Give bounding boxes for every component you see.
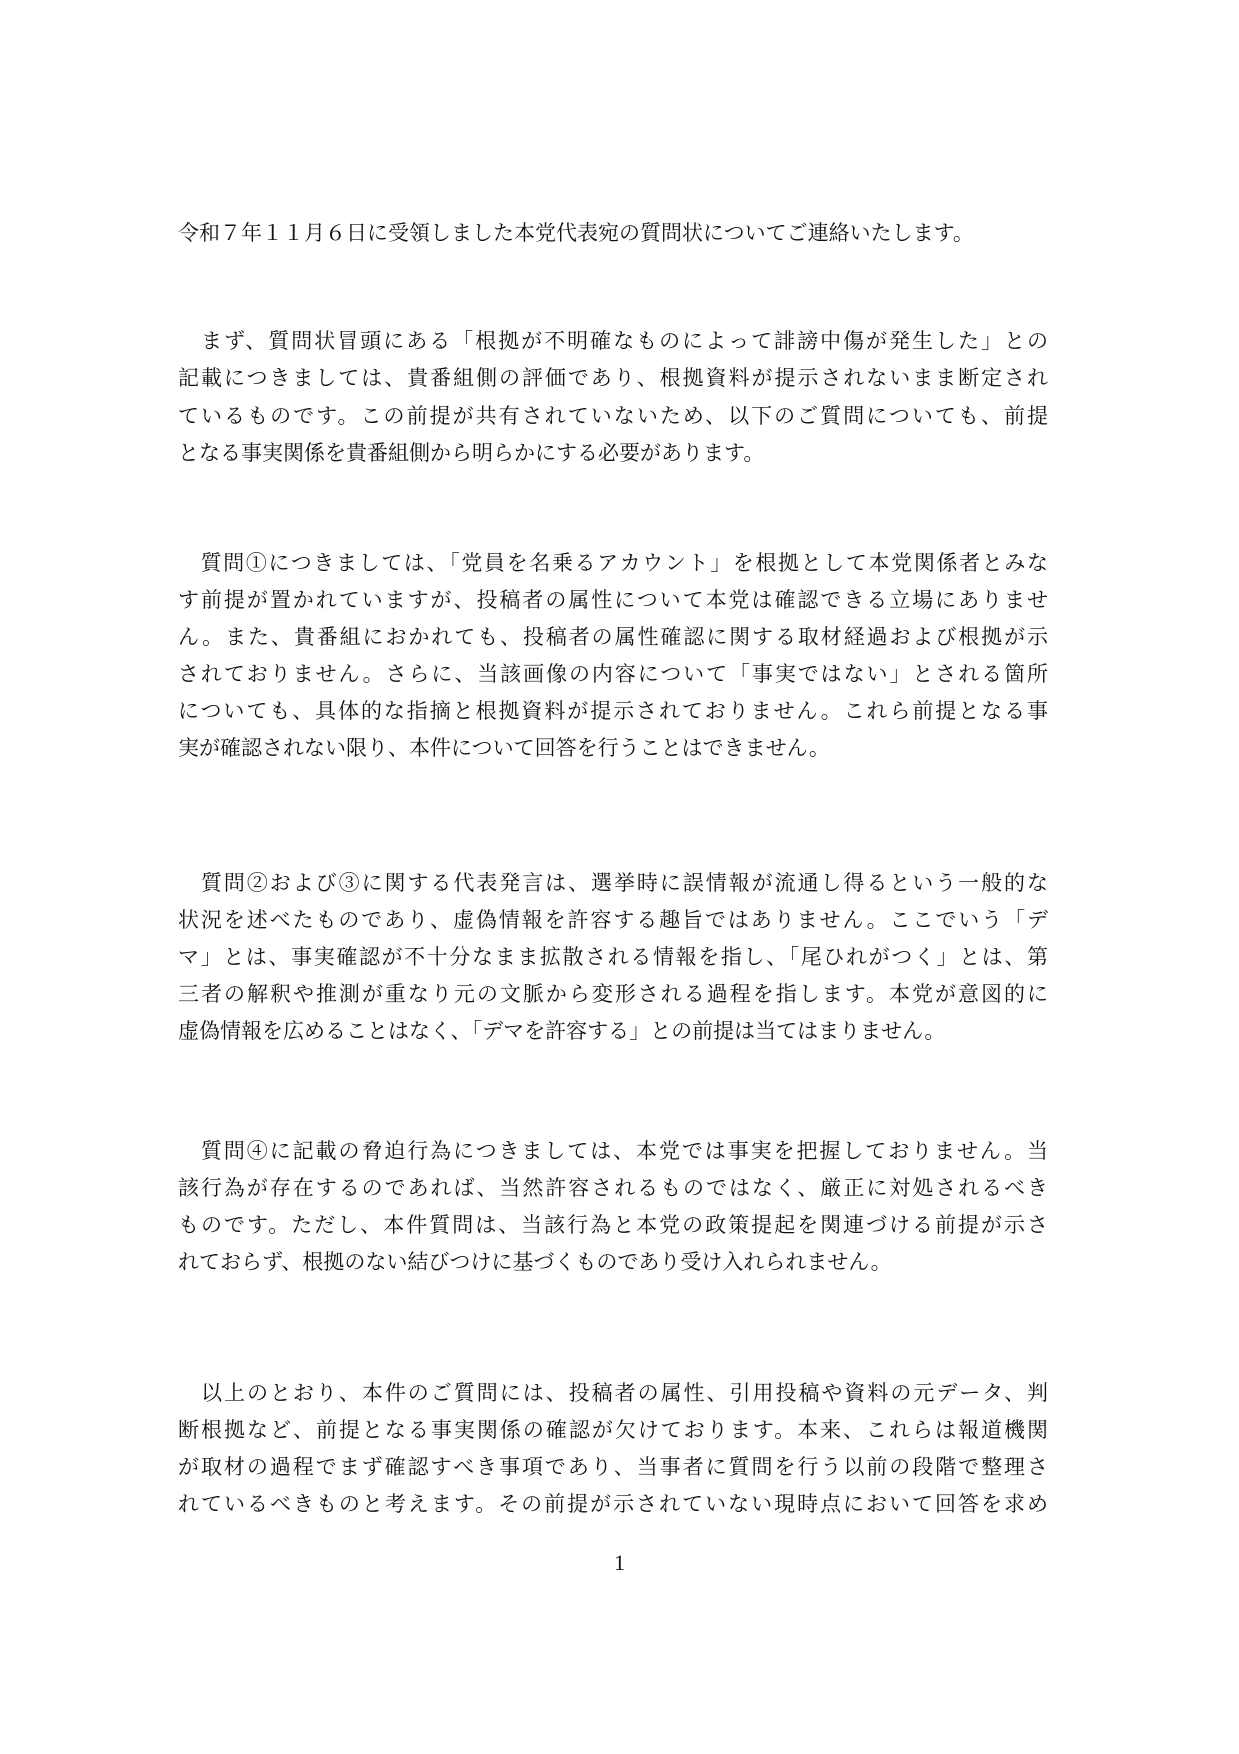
paragraph-line: 三者の解釈や推測が重なり元の文脈から変形される過程を指します。本党が意図的に [178, 979, 1048, 1009]
paragraph-line: ん。また、貴番組におかれても、投稿者の属性確認に関する取材経過および根拠が示 [178, 622, 1048, 652]
paragraph-line: 断根拠など、前提となる事実関係の確認が欠けております。本来、これらは報道機関 [178, 1415, 1048, 1445]
document-page: 令和７年１１月６日に受領しました本党代表宛の質問状についてご連絡いたします。 ま… [0, 0, 1239, 1754]
paragraph-line: れているべきものと考えます。その前提が示されていない現時点において回答を求め [178, 1489, 1048, 1519]
paragraph-line: 質問②および③に関する代表発言は、選挙時に誤情報が流通し得るという一般的な [178, 868, 1048, 898]
paragraph-line: れておらず、根拠のない結びつけに基づくものであり受け入れられません。 [178, 1247, 1048, 1277]
paragraph-line: されておりません。さらに、当該画像の内容について「事実ではない」とされる箇所 [178, 659, 1048, 689]
paragraph-line: マ」とは、事実確認が不十分なまま拡散される情報を指し、「尾ひれがつく」とは、第 [178, 942, 1048, 972]
paragraph-line: す前提が置かれていますが、投稿者の属性について本党は確認できる立場にありませ [178, 585, 1048, 615]
paragraph-line: となる事実関係を貴番組側から明らかにする必要があります。 [178, 438, 1048, 468]
paragraph-line: についても、具体的な指摘と根拠資料が提示されておりません。これら前提となる事 [178, 696, 1048, 726]
paragraph-line: 以上のとおり、本件のご質問には、投稿者の属性、引用投稿や資料の元データ、判 [178, 1378, 1048, 1408]
opening-line: 令和７年１１月６日に受領しました本党代表宛の質問状についてご連絡いたします。 [178, 218, 1048, 248]
paragraph-line: が取材の過程でまず確認すべき事項であり、当事者に質問を行う以前の段階で整理さ [178, 1452, 1048, 1482]
paragraph-line: ものです。ただし、本件質問は、当該行為と本党の政策提起を関連づける前提が示さ [178, 1210, 1048, 1240]
paragraph-line: ているものです。この前提が共有されていないため、以下のご質問についても、前提 [178, 401, 1048, 431]
paragraph-line: 質問④に記載の脅迫行為につきましては、本党では事実を把握しておりません。当 [178, 1136, 1048, 1166]
paragraph-line: 質問①につきましては、「党員を名乗るアカウント」を根拠として本党関係者とみな [178, 548, 1048, 578]
page-number: 1 [0, 1548, 1239, 1578]
paragraph-line: 状況を述べたものであり、虚偽情報を許容する趣旨ではありません。ここでいう「デ [178, 905, 1048, 935]
paragraph-line: 虚偽情報を広めることはなく、「デマを許容する」との前提は当てはまりません。 [178, 1016, 1048, 1046]
paragraph-line: 記載につきましては、貴番組側の評価であり、根拠資料が提示されないまま断定され [178, 363, 1048, 393]
paragraph-line: まず、質問状冒頭にある「根拠が不明確なものによって誹謗中傷が発生した」との [178, 326, 1048, 356]
paragraph-line: 実が確認されない限り、本件について回答を行うことはできません。 [178, 733, 1048, 763]
paragraph-line: 該行為が存在するのであれば、当然許容されるものではなく、厳正に対処されるべき [178, 1173, 1048, 1203]
